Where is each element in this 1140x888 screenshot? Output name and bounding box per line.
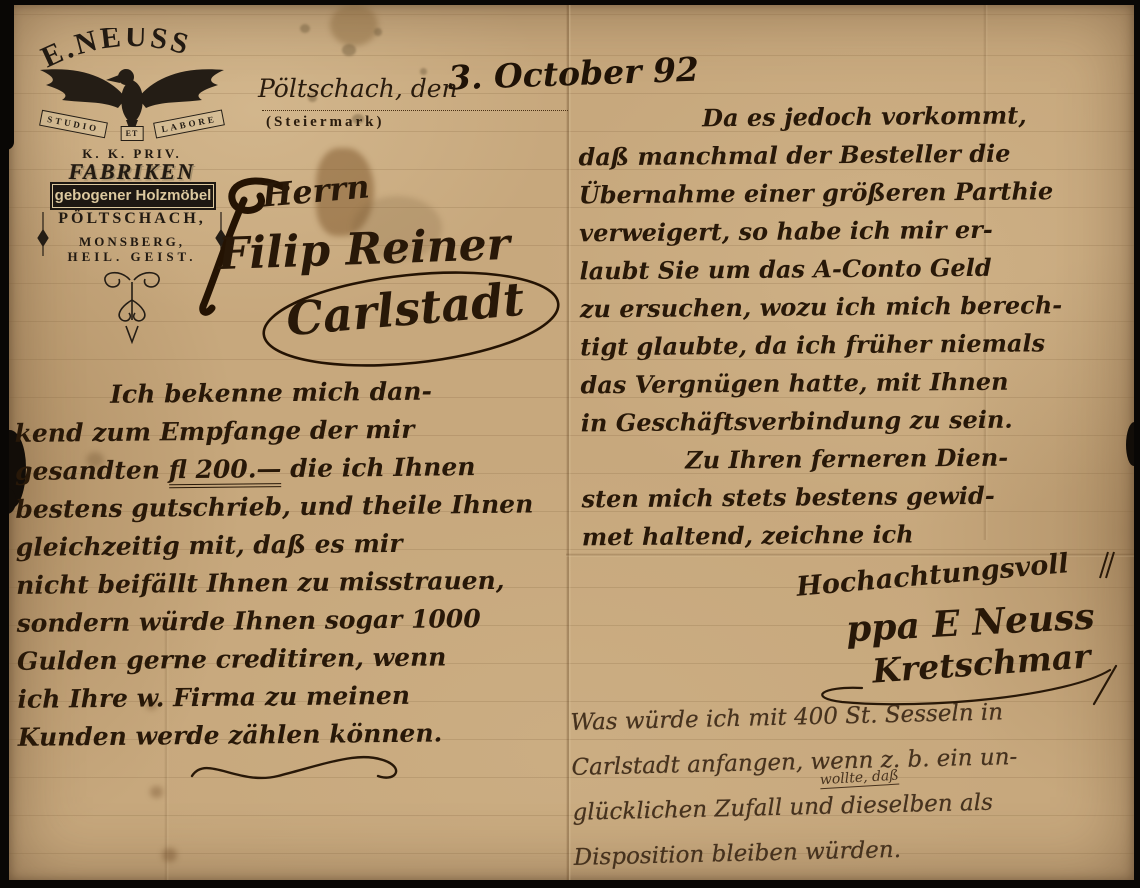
motto-right: LABORE <box>153 109 225 138</box>
dateline-place: Pöltschach, den <box>258 74 458 103</box>
scan-edge <box>0 0 1140 5</box>
handwriting-line: Ich bekenne mich dan- <box>14 371 570 415</box>
dateline-region: (Steiermark) <box>266 114 384 131</box>
amount-pre: gesandten <box>15 455 169 486</box>
amount-post: die ich Ihnen <box>281 452 475 483</box>
handwriting-line: nicht beifällt Ihnen zu misstrauen, <box>16 561 572 605</box>
pendant-ornament-icon <box>36 212 50 256</box>
handwriting-line: Zu Ihren ferneren Dien- <box>581 438 1133 481</box>
body-left: Ich bekenne mich dan- kend zum Empfange … <box>14 371 574 757</box>
postscript: Was würde ich mit 400 St. Sesseln in Car… <box>570 687 1140 881</box>
handwriting-line: verweigert, so habe ich mir er- <box>579 210 1131 253</box>
handwriting-line: tigt glaubte, da ich früher niemals <box>580 324 1132 367</box>
handwriting-line: Übernahme einer größeren Parthie <box>579 172 1131 215</box>
date-underline <box>262 110 568 111</box>
handwriting-line: sten mich stets bestens gewid- <box>581 476 1133 519</box>
flourish-slashes-icon <box>1092 550 1118 580</box>
handwriting-line: gesandten fl 200.— die ich Ihnen <box>15 447 571 491</box>
amount-underlined: fl 200.— <box>169 454 282 488</box>
flourish-icon <box>182 742 432 794</box>
fleur-ornament-icon <box>84 268 180 344</box>
scan-edge <box>0 880 1140 888</box>
handwriting-line: laubt Sie um das A-Conto Geld <box>579 248 1131 291</box>
handwriting-line: Gulden gerne creditiren, wenn <box>17 637 573 681</box>
handwriting-line: sondern würde Ihnen sogar 1000 <box>16 599 572 643</box>
handwriting-line: ich Ihre w. Firma zu meinen <box>17 675 573 719</box>
motto-center: ET <box>121 126 144 141</box>
handwriting-line: daß manchmal der Besteller die <box>578 134 1130 177</box>
handwriting-line: das Vergnügen hatte, mit Ihnen <box>580 362 1132 405</box>
handwriting-line: in Geschäftsverbindung zu sein. <box>581 400 1133 443</box>
scan-edge <box>1134 0 1140 888</box>
body-right: Da es jedoch vorkommt, daß manchmal der … <box>578 96 1134 557</box>
handwriting-line: bestens gutschrieb, und theile Ihnen <box>15 485 571 529</box>
letter-scan: E.NEUSS STUDIO ET LABORE K. K. PRIV. <box>0 0 1140 888</box>
handwriting-line: zu ersuchen, wozu ich mich berech- <box>580 286 1132 329</box>
handwriting-line: Da es jedoch vorkommt, <box>578 96 1130 139</box>
handwriting-line: kend zum Empfange der mir <box>14 409 570 453</box>
scan-edge <box>0 0 14 150</box>
handwriting-line: gleichzeitig mit, daß es mir <box>16 523 572 567</box>
motto-left: STUDIO <box>39 110 107 138</box>
